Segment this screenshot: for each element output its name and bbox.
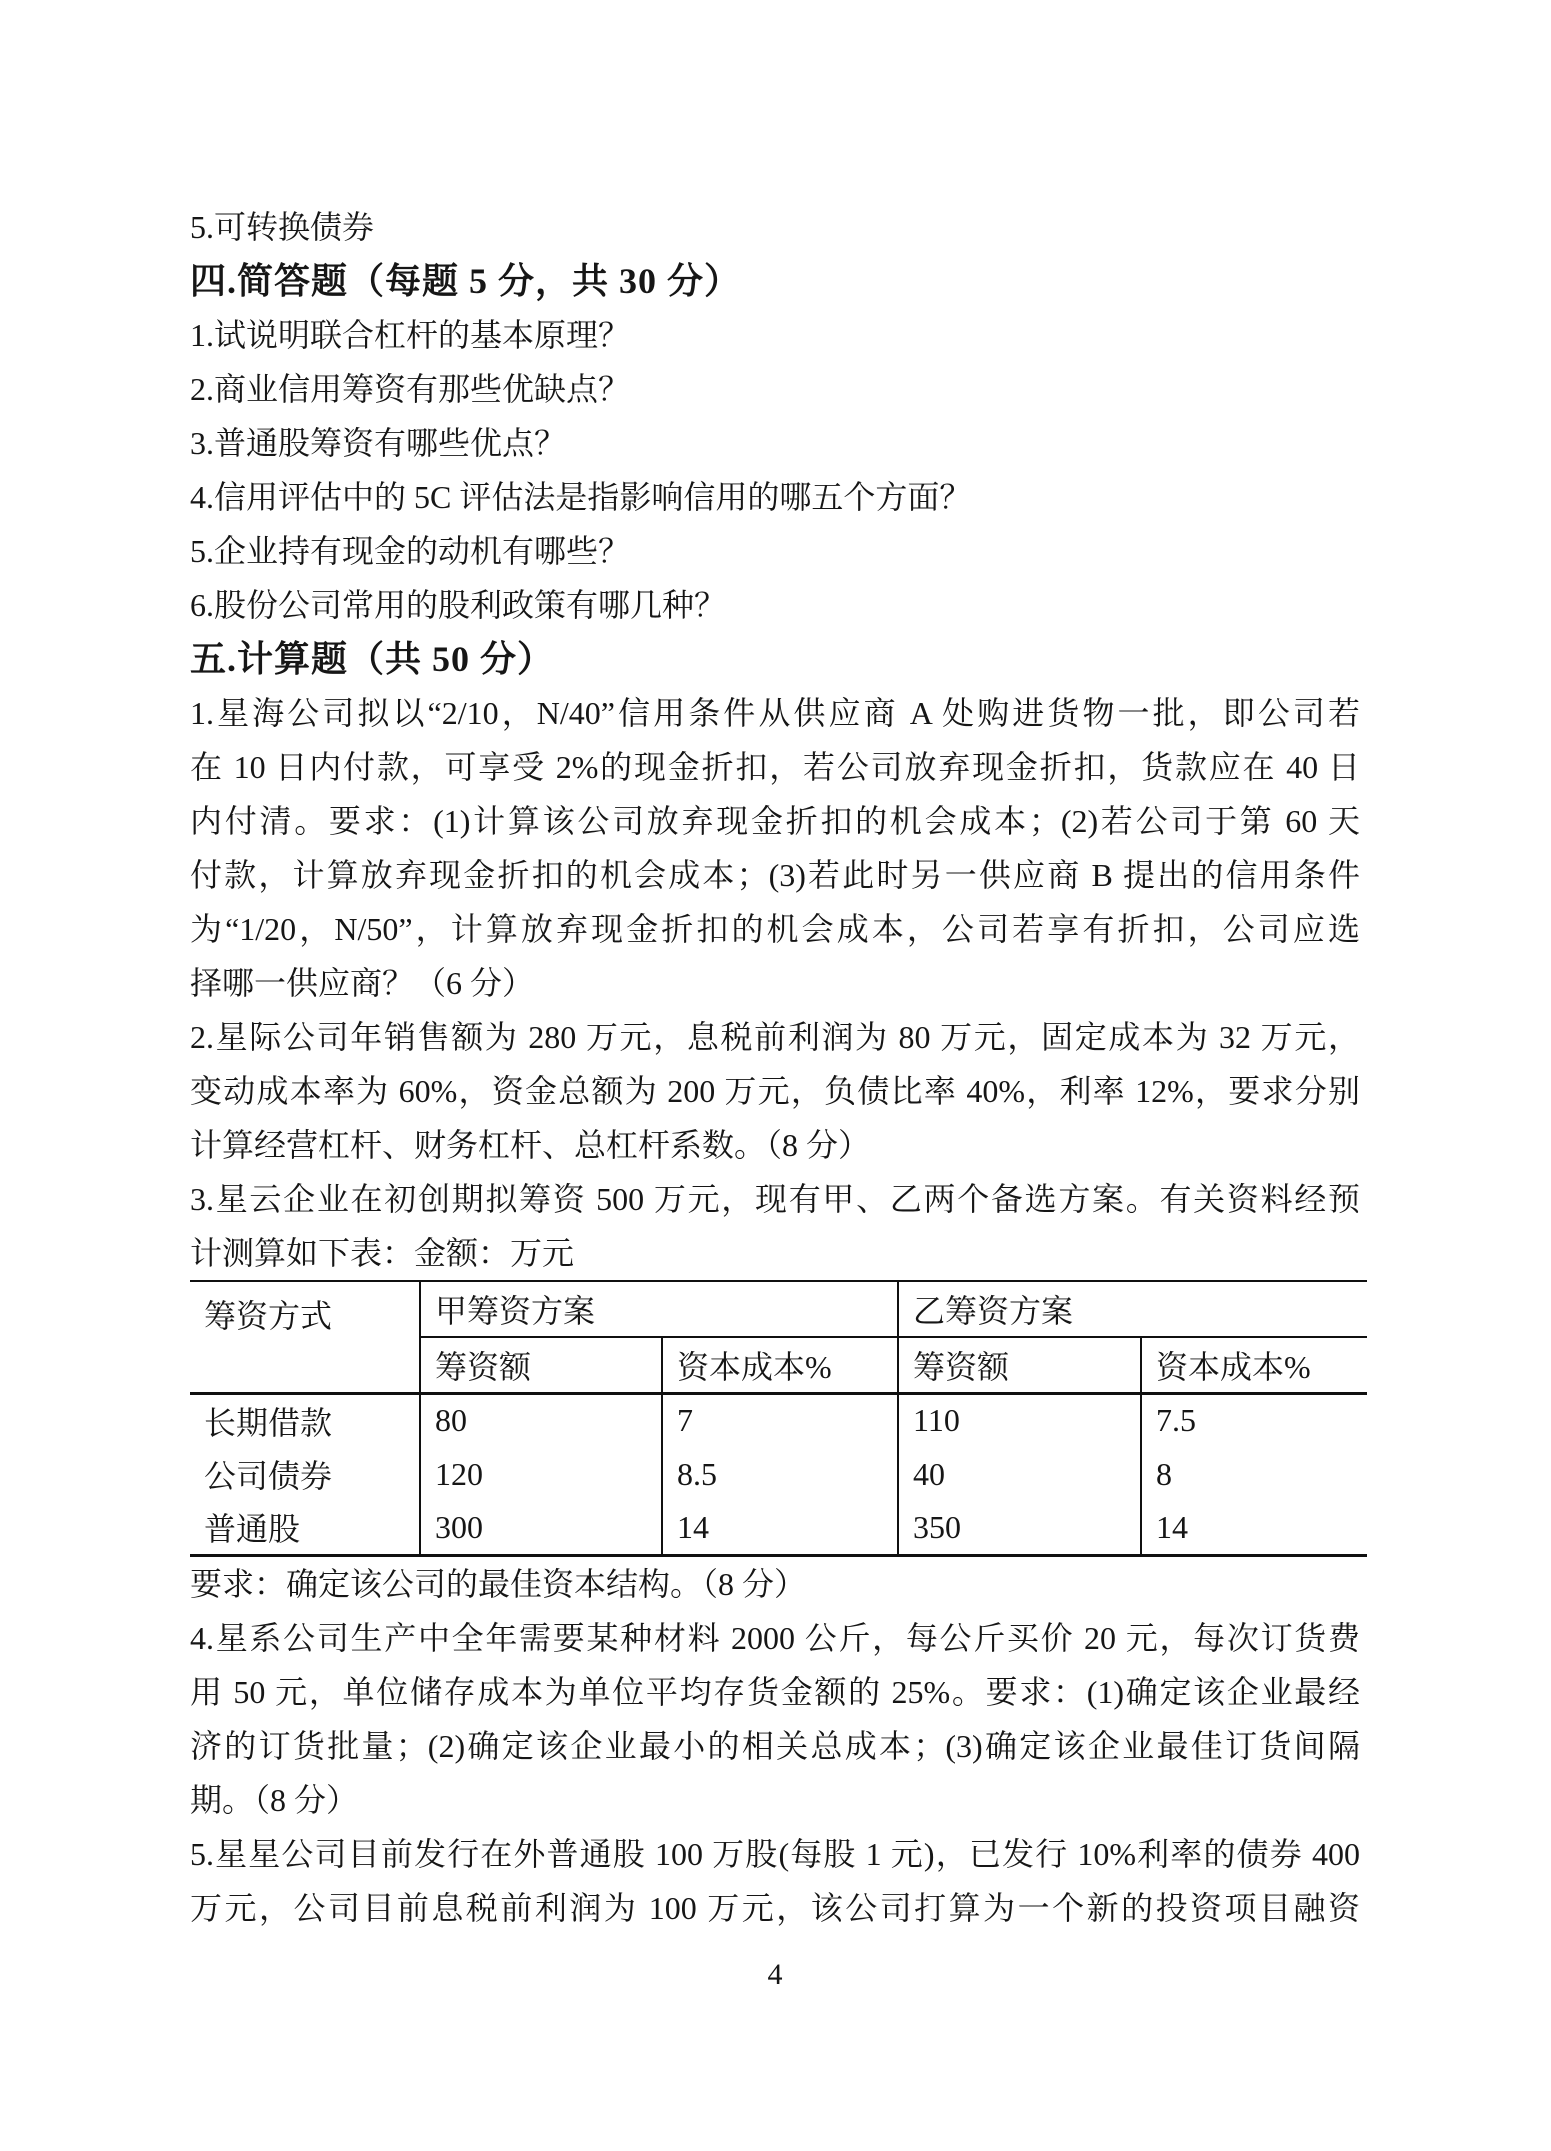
- text-line: 1.试说明联合杠杆的基本原理？: [190, 308, 1360, 362]
- table-header-amount-a: 筹资额: [420, 1337, 662, 1393]
- text-line: 2.商业信用筹资有那些优缺点？: [190, 362, 1360, 416]
- text-line: 变动成本率为 60%，资金总额为 200 万元，负债比率 40%，利率 12%，…: [190, 1064, 1360, 1118]
- document-page: 5.可转换债券 四.简答题（每题 5 分，共 30 分） 1.试说明联合杠杆的基…: [0, 0, 1551, 2151]
- table-cell: 110: [898, 1393, 1141, 1447]
- text-line: 为“1/20，N/50”，计算放弃现金折扣的机会成本，公司若享有折扣，公司应选: [190, 902, 1360, 956]
- text-line: 3.普通股筹资有哪些优点？: [190, 416, 1360, 470]
- text-line: 5.企业持有现金的动机有哪些？: [190, 524, 1360, 578]
- table-cell: 14: [1141, 1501, 1367, 1555]
- table-cell-method: 长期借款: [190, 1393, 420, 1447]
- text-line: 付款，计算放弃现金折扣的机会成本；(3)若此时另一供应商 B 提出的信用条件: [190, 848, 1360, 902]
- table-header-method: 筹资方式: [190, 1281, 420, 1393]
- page-content: 5.可转换债券 四.简答题（每题 5 分，共 30 分） 1.试说明联合杠杆的基…: [190, 200, 1360, 2002]
- table-cell: 120: [420, 1447, 662, 1501]
- text-line: 4.星系公司生产中全年需要某种材料 2000 公斤，每公斤买价 20 元，每次订…: [190, 1611, 1360, 1665]
- text-line: 济的订货批量；(2)确定该企业最小的相关总成本；(3)确定该企业最佳订货间隔: [190, 1719, 1360, 1773]
- text-line: 期。（8 分）: [190, 1773, 1360, 1827]
- table-cell: 80: [420, 1393, 662, 1447]
- table-cell: 8.5: [662, 1447, 898, 1501]
- text-line: 内付清。要求：(1)计算该公司放弃现金折扣的机会成本；(2)若公司于第 60 天: [190, 794, 1360, 848]
- table-cell: 7.5: [1141, 1393, 1367, 1447]
- table-header-cost-a: 资本成本%: [662, 1337, 898, 1393]
- text-line: 5.星星公司目前发行在外普通股 100 万股(每股 1 元)，已发行 10%利率…: [190, 1827, 1360, 1881]
- table-cell-method: 普通股: [190, 1501, 420, 1555]
- section-heading-short-answer: 四.简答题（每题 5 分，共 30 分）: [190, 254, 1360, 308]
- text-line: 万元，公司目前息税前利润为 100 万元，该公司打算为一个新的投资项目融资: [190, 1881, 1360, 1935]
- page-number: 4: [190, 1948, 1360, 2002]
- text-line: 5.可转换债券: [190, 200, 1360, 254]
- financing-plans-table: 筹资方式 甲筹资方案 乙筹资方案 筹资额 资本成本% 筹资额 资本成本% 长期借…: [190, 1280, 1367, 1557]
- text-line: 4.信用评估中的 5C 评估法是指影响信用的哪五个方面？: [190, 470, 1360, 524]
- table-cell: 350: [898, 1501, 1141, 1555]
- text-line: 1.星海公司拟以“2/10，N/40”信用条件从供应商 A 处购进货物一批，即公…: [190, 686, 1360, 740]
- text-line: 择哪一供应商？（6 分）: [190, 956, 1360, 1010]
- text-line: 计测算如下表：金额：万元: [190, 1226, 1360, 1280]
- table-cell: 40: [898, 1447, 1141, 1501]
- section-heading-calculation: 五.计算题（共 50 分）: [190, 632, 1360, 686]
- table-header-amount-b: 筹资额: [898, 1337, 1141, 1393]
- table-cell: 14: [662, 1501, 898, 1555]
- text-line: 在 10 日内付款，可享受 2%的现金折扣，若公司放弃现金折扣，货款应在 40 …: [190, 740, 1360, 794]
- text-line: 要求：确定该公司的最佳资本结构。（8 分）: [190, 1557, 1360, 1611]
- table-header-plan-a: 甲筹资方案: [420, 1281, 898, 1337]
- table-cell: 7: [662, 1393, 898, 1447]
- text-line: 3.星云企业在初创期拟筹资 500 万元，现有甲、乙两个备选方案。有关资料经预: [190, 1172, 1360, 1226]
- table-cell-method: 公司债券: [190, 1447, 420, 1501]
- table-cell: 300: [420, 1501, 662, 1555]
- text-line: 用 50 元，单位储存成本为单位平均存货金额的 25%。要求：(1)确定该企业最…: [190, 1665, 1360, 1719]
- text-line: 6.股份公司常用的股利政策有哪几种？: [190, 578, 1360, 632]
- table-header-cost-b: 资本成本%: [1141, 1337, 1367, 1393]
- table-header-plan-b: 乙筹资方案: [898, 1281, 1367, 1337]
- text-line: 2.星际公司年销售额为 280 万元，息税前利润为 80 万元，固定成本为 32…: [190, 1010, 1360, 1064]
- table-cell: 8: [1141, 1447, 1367, 1501]
- text-line: 计算经营杠杆、财务杠杆、总杠杆系数。（8 分）: [190, 1118, 1360, 1172]
